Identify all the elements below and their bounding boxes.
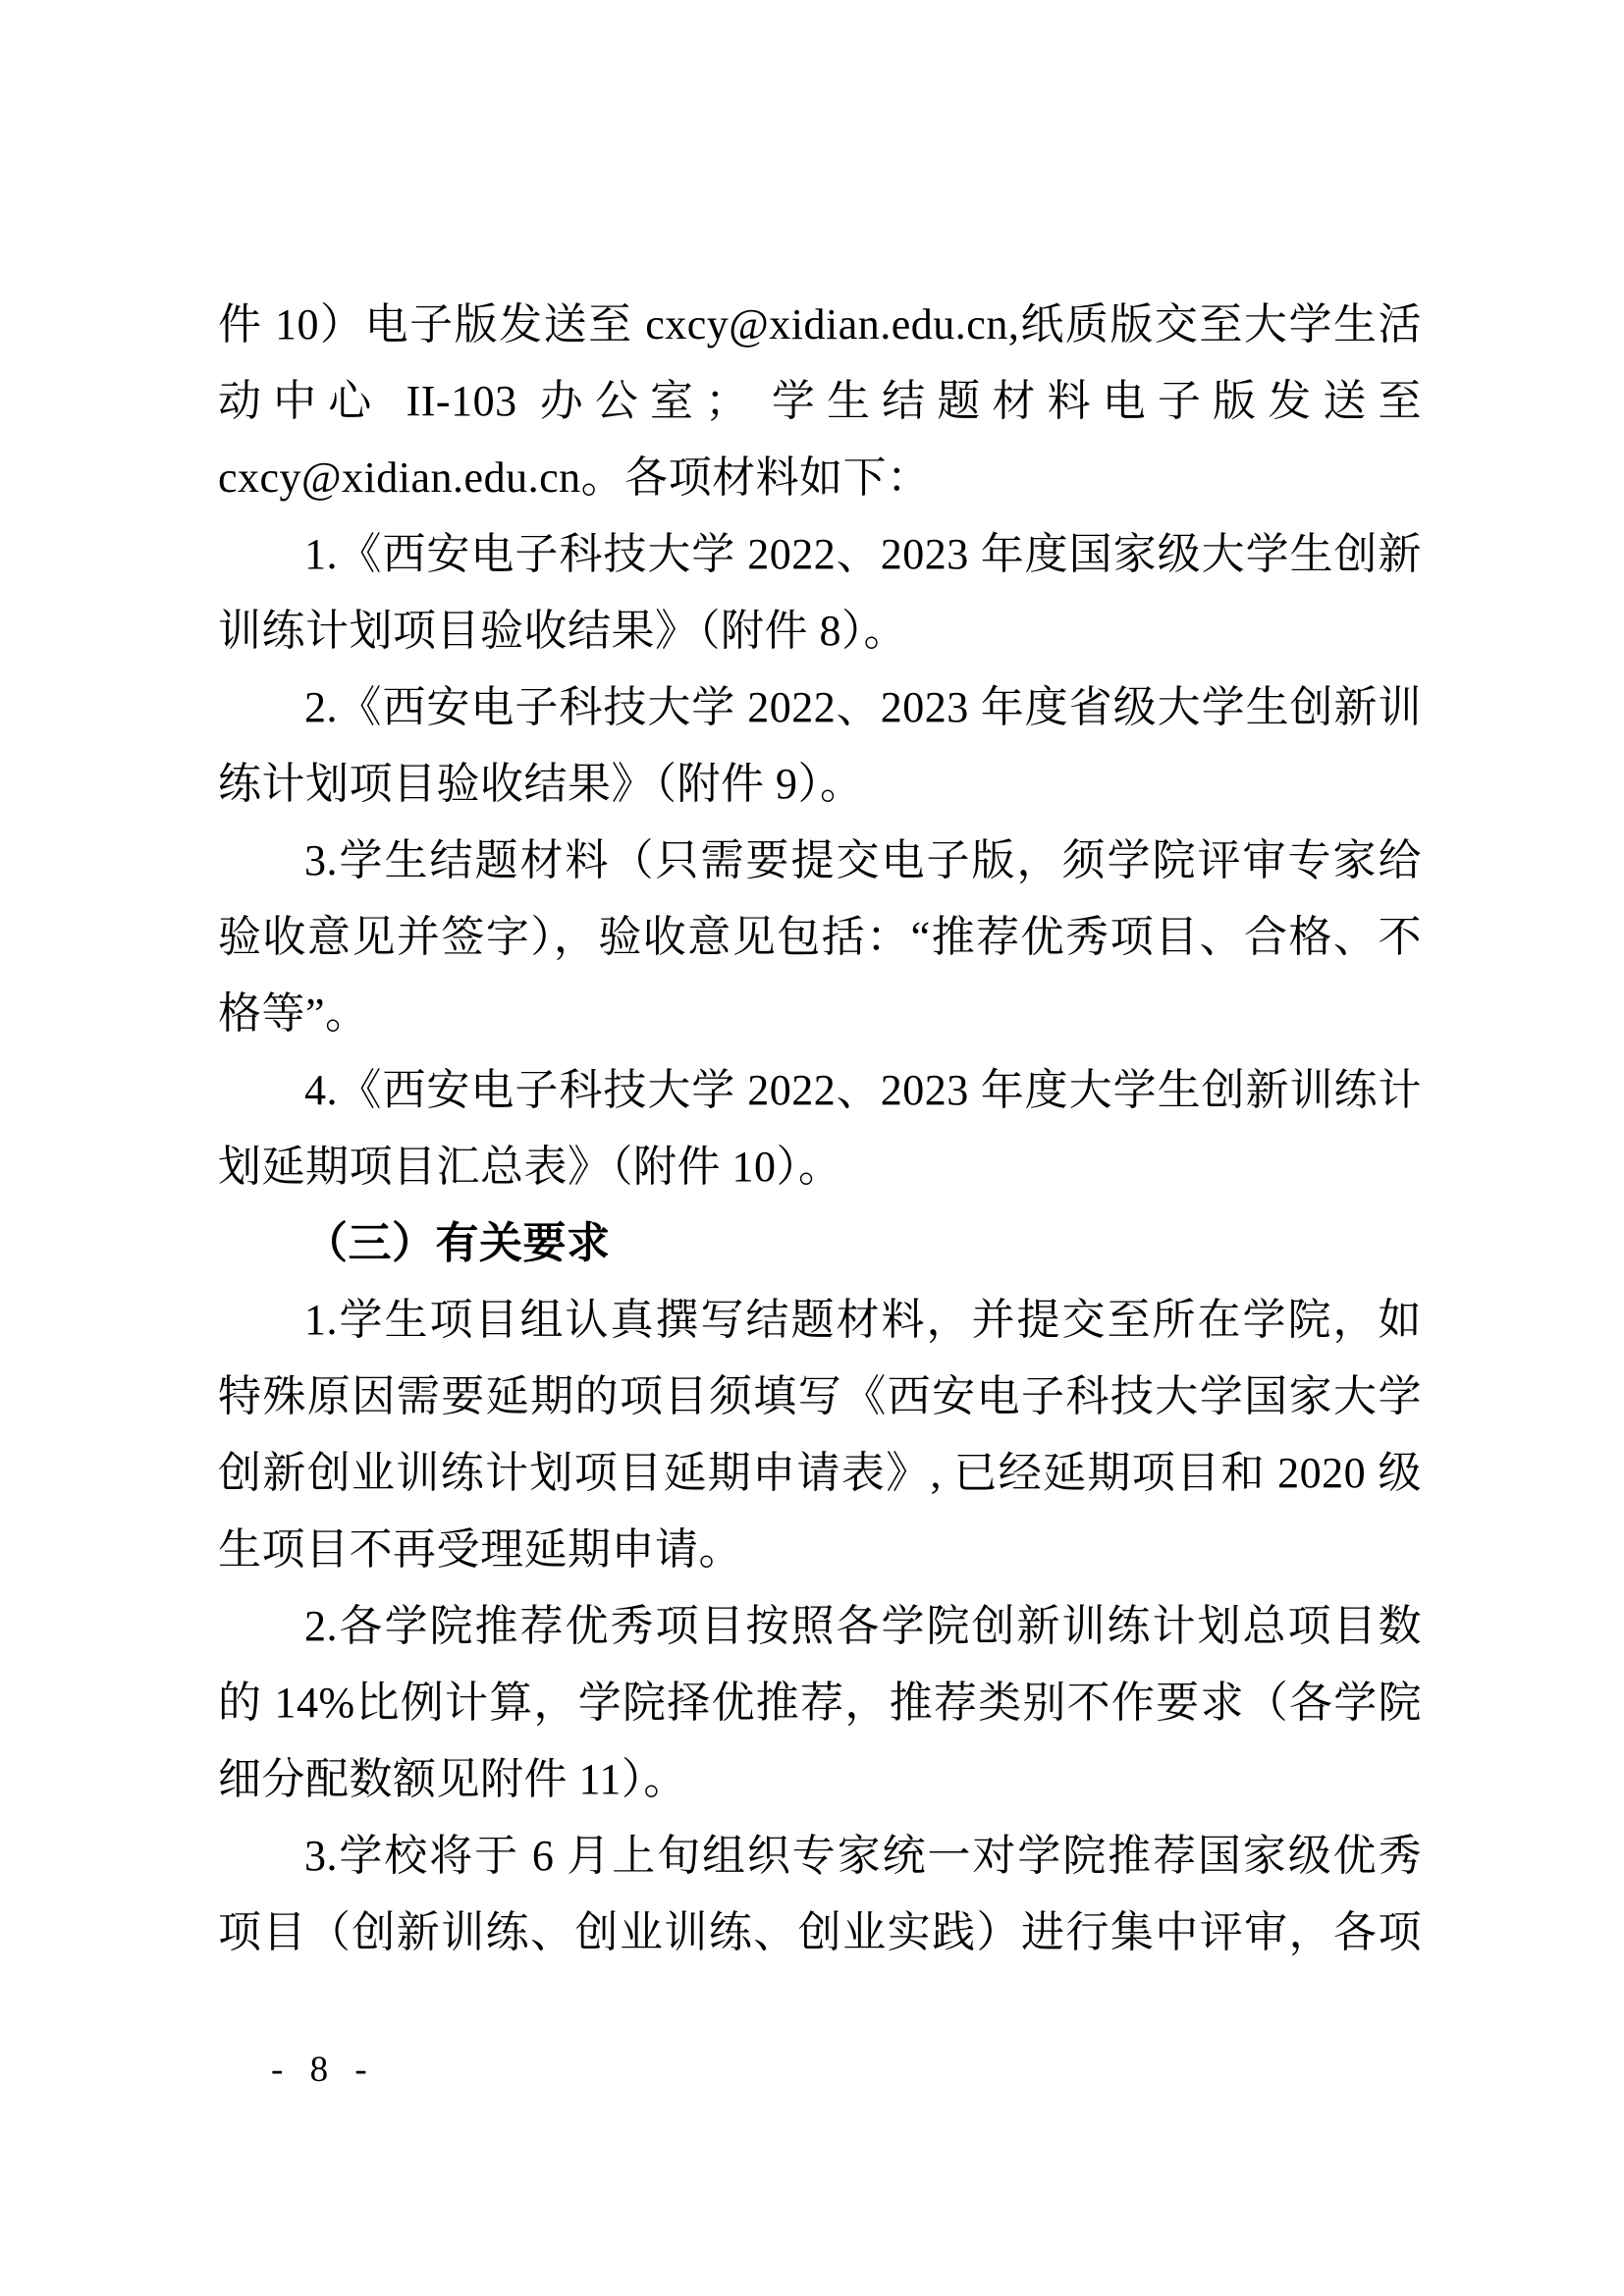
list-item-line: 2.各学院推荐优秀项目按照各学院创新训练计划总项目数 (218, 1588, 1422, 1665)
list-item-line: 3.学校将于 6 月上旬组织专家统一对学院推荐国家级优秀 (218, 1818, 1422, 1895)
page-number: - 8 - (271, 2048, 376, 2093)
text-line: 验收意见并签字），验收意见包括：“推荐优秀项目、合格、不合 (218, 899, 1422, 976)
text-line: cxcy@xidian.edu.cn。各项材料如下： (218, 440, 1422, 516)
text-line: 特殊原因需要延期的项目须填写《西安电子科技大学国家大学生 (218, 1359, 1422, 1435)
list-item-line: 1.学生项目组认真撰写结题材料，并提交至所在学院，如因 (218, 1282, 1422, 1359)
text-line: 创新创业训练计划项目延期申请表》, 已经延期项目和 2020 级学 (218, 1435, 1422, 1512)
text-line: 生项目不再受理延期申请。 (218, 1512, 1422, 1588)
text-line: 件 10）电子版发送至 cxcy@xidian.edu.cn,纸质版交至大学生活 (218, 287, 1422, 363)
list-item-line: 3.学生结题材料（只需要提交电子版，须学院评审专家给定 (218, 823, 1422, 899)
list-item-line: 4.《西安电子科技大学 2022、2023 年度大学生创新训练计 (218, 1052, 1422, 1129)
document-body: 件 10）电子版发送至 cxcy@xidian.edu.cn,纸质版交至大学生活… (218, 287, 1422, 1971)
text-line: 项目（创新训练、创业训练、创业实践）进行集中评审，各项目 (218, 1895, 1422, 1971)
text-line: 的 14%比例计算，学院择优推荐，推荐类别不作要求（各学院详 (218, 1665, 1422, 1741)
list-item-line: 2.《西安电子科技大学 2022、2023 年度省级大学生创新训 (218, 669, 1422, 746)
list-item-line: 1.《西安电子科技大学 2022、2023 年度国家级大学生创新 (218, 516, 1422, 593)
text-line: 细分配数额见附件 11）。 (218, 1741, 1422, 1818)
text-line: 训练计划项目验收结果》（附件 8）。 (218, 593, 1422, 669)
text-line: 划延期项目汇总表》（附件 10）。 (218, 1129, 1422, 1205)
text-line: 动中心 II-103 办公室； 学生结题材料电子版发送至 (218, 363, 1422, 440)
text-line: 练计划项目验收结果》（附件 9）。 (218, 746, 1422, 823)
section-heading: （三）有关要求 (218, 1205, 1422, 1282)
text-line: 格等”。 (218, 976, 1422, 1052)
document-page: 件 10）电子版发送至 cxcy@xidian.edu.cn,纸质版交至大学生活… (0, 0, 1624, 2296)
